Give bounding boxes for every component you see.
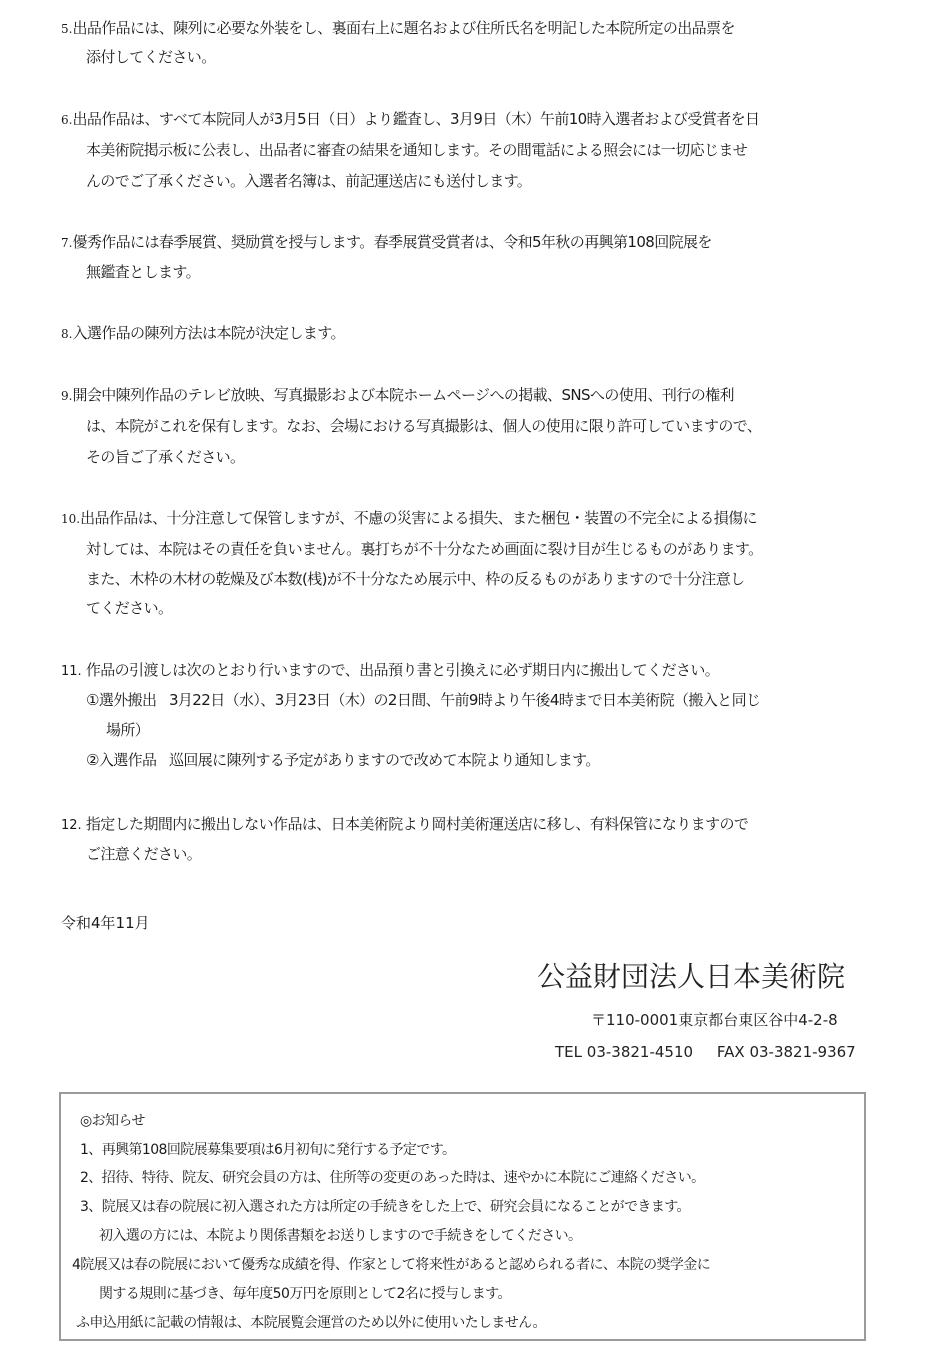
organization-contact: TEL 03-3821-4510 FAX 03-3821-9367 [555,1042,856,1062]
item-12-line-2: ご注意ください。 [86,844,201,864]
item-6-line-2: 本美術院掲示板に公表し、出品者に審査の結果を通知します。その間電話による照会には… [86,140,747,160]
fax-label: FAX [717,1043,745,1061]
item-9-line-2: は、本院がこれを保有します。なお、会場における写真撮影は、個人の使用に限り許可し… [86,416,761,436]
item-6-line-3: んのでご了承ください。入選者名簿は、前記運送店にも送付します。 [86,171,531,191]
item-number: 6. [61,113,72,127]
organization-name: 公益財団法人日本美術院 [537,960,845,994]
notice-line-4: 初入選の方には、本院より関係書類をお送りしますので手続きをしてください。 [99,1226,581,1246]
notice-line-3: 3、院展又は春の院展に初入選された方は所定の手続きをした上で、研究会員になること… [80,1197,690,1217]
item-number: 7. [61,236,72,250]
notice-line-1: 1、再興第108回院展募集要項は6月初旬に発行する予定です。 [80,1140,455,1160]
item-9-line-1: 9.開会中陳列作品のテレビ放映、写真撮影および本院ホームページへの掲載、SNSへ… [61,385,734,406]
sub-label: ②入選作品 [86,751,156,769]
organization-address: 〒110-0001東京都台東区谷中4-2-8 [591,1010,838,1030]
item-5-line-1: 5.出品作品には、陳列に必要な外装をし、裏面右上に題名および住所氏名を明記した本… [61,18,735,39]
item-8-line-1: 8.入選作品の陳列方法は本院が決定します。 [61,323,345,344]
item-number: 8. [61,327,72,341]
item-10-line-3: また、木枠の木材の乾燥及び本数(桟)が不十分なため展示中、枠の反るものがあります… [86,569,745,589]
notice-line-5: 4院展又は春の院展において優秀な成績を得、作家として将来性があると認められる者に… [72,1255,710,1275]
item-11-sub-1-line-2: 場所） [106,720,149,740]
item-11-sub-1-line-1: ①選外搬出 3月22日（水）、3月23日（木）の2日間、午前9時より午後4時まで… [86,690,760,710]
notice-title: ◎お知らせ [80,1111,145,1131]
item-7-line-1: 7.優秀作品には春季展賞、奨励賞を授与します。春季展賞受賞者は、令和5年秋の再興… [61,232,712,253]
item-10-line-4: てください。 [86,598,172,618]
item-10-line-2: 対しては、本院はその責任を負いません。裏打ちが不十分なため画面に裂け目が生じるも… [86,539,763,559]
item-number: 5. [61,22,72,36]
issue-date: 令和4年11月 [61,913,150,933]
item-6-line-1: 6.出品作品は、すべて本院同人が3月5日（日）より鑑査し、3月9日（木）午前10… [61,109,759,130]
document-page: 5.出品作品には、陳列に必要な外装をし、裏面右上に題名および住所氏名を明記した本… [0,0,935,1362]
item-9-line-3: その旨ご了承ください。 [86,447,244,467]
item-number: 9. [61,389,72,403]
tel-label: TEL [555,1043,582,1061]
tel-number: 03-3821-4510 [587,1043,693,1061]
notice-line-2: 2、招待、特待、院友、研究会員の方は、住所等の変更のあった時は、速やかに本院にご… [80,1168,705,1188]
fax-number: 03-3821-9367 [749,1043,855,1061]
item-number: 12. [61,818,82,833]
notice-line-7: ふ申込用紙に記載の情報は、本院展覧会運営のため以外に使用いたしません。 [76,1313,546,1333]
item-number: 11. [61,664,82,679]
sub-label: ①選外搬出 [86,691,156,709]
item-12-line-1: 12. 指定した期間内に搬出しない作品は、日本美術院より岡村美術運送店に移し、有… [61,814,748,836]
item-number: 10. [61,512,80,526]
notice-line-6: 関する規則に基づき、毎年度50万円を原則として2名に授与します。 [99,1284,511,1304]
item-7-line-2: 無鑑査とします。 [86,262,200,282]
item-11-line-1: 11. 作品の引渡しは次のとおり行いますので、出品預り書と引換えに必ず期日内に搬… [61,660,719,682]
item-5-line-2: 添付してください。 [86,47,216,67]
item-10-line-1: 10.出品作品は、十分注意して保管しますが、不慮の災害による損失、また梱包・装置… [61,508,757,529]
item-11-sub-2-line-1: ②入選作品 巡回展に陳列する予定がありますので改めて本院より通知します。 [86,750,600,770]
